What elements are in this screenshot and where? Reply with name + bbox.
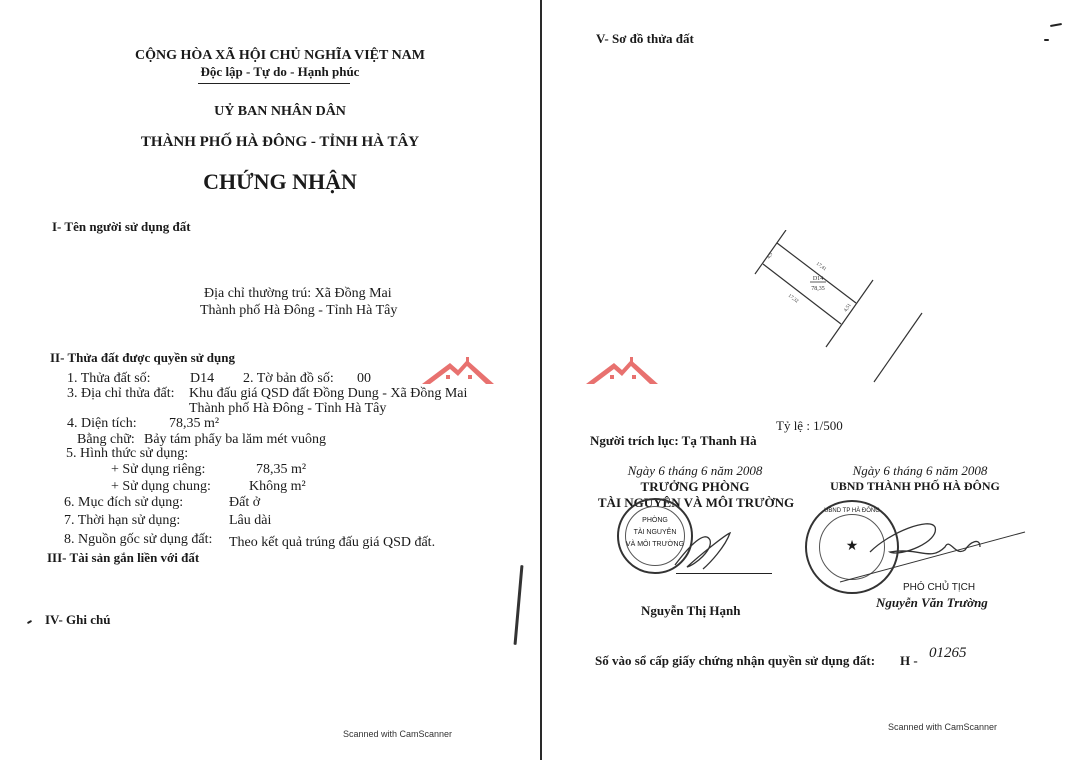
right-signature: [830, 512, 1030, 592]
extractor: Người trích lục: Tạ Thanh Hà: [590, 433, 757, 449]
camscanner-footer-left: Scanned with CamScanner: [343, 729, 452, 739]
left-signer-date: Ngày 6 tháng 6 năm 2008: [600, 463, 790, 479]
section1-heading: I- Tên người sử dụng đất: [52, 219, 191, 235]
city-heading: THÀNH PHỐ HÀ ĐÔNG - TỈNH HÀ TÂY: [120, 134, 440, 151]
left-signer-title: TRƯỞNG PHÒNG: [600, 479, 790, 495]
page-divider: [540, 0, 542, 760]
map-sheet-value: 00: [357, 371, 371, 387]
registry-prefix: H -: [900, 653, 918, 669]
motto: Độc lập - Tự do - Hạnh phúc: [120, 64, 440, 80]
private-use-label: + Sử dụng riêng:: [111, 462, 205, 478]
motto-underline: [198, 83, 350, 84]
shared-use-label: + Sử dụng chung:: [111, 479, 211, 495]
right-signer-role: PHÓ CHỦ TỊCH: [903, 582, 975, 593]
left-signature-line: [676, 573, 772, 574]
left-signer-name: Nguyễn Thị Hạnh: [641, 603, 740, 619]
term-label: 7. Thời hạn sử dụng:: [64, 513, 180, 529]
plot-diagram: D14 78,35 17,41 17,32 4,5 4,51: [740, 230, 940, 390]
document-title: CHỨNG NHẬN: [120, 169, 440, 195]
parcel-address-city: Thành phố Hà Đông - Tỉnh Hà Tây: [189, 401, 386, 417]
right-signer-date: Ngày 6 tháng 6 năm 2008: [815, 463, 1025, 479]
camscanner-footer-right: Scanned with CamScanner: [888, 722, 997, 732]
country-header: CỘNG HÒA XÃ HỘI CHỦ NGHĨA VIỆT NAM: [120, 48, 440, 64]
registry-label: Số vào sổ cấp giấy chứng nhận quyền sử d…: [595, 653, 875, 669]
edge-bottom: 17,32: [787, 294, 799, 305]
section5-heading: V- Sơ đồ thửa đất: [596, 31, 694, 47]
section4-heading: IV- Ghi chú: [45, 612, 111, 628]
parcel-no-label: 1. Thửa đất số:: [67, 371, 151, 387]
edge-top: 17,41: [815, 262, 827, 273]
permanent-address-city: Thành phố Hà Đông - Tỉnh Hà Tây: [200, 303, 397, 319]
scale: Tỷ lệ : 1/500: [776, 418, 843, 434]
committee-heading: UỶ BAN NHÂN DÂN: [120, 104, 440, 120]
section2-heading: II- Thửa đất được quyền sử dụng: [50, 350, 235, 366]
left-signer-department: TÀI NGUYÊN VÀ MÔI TRƯỜNG: [596, 495, 796, 511]
ink-mark: [1050, 23, 1062, 27]
map-sheet-label: 2. Tờ bản đồ số:: [243, 371, 334, 387]
area-label: 4. Diện tích:: [67, 416, 137, 432]
house-roof-icon: [420, 357, 496, 385]
section3-heading: III- Tài sản gắn liền với đất: [47, 550, 199, 566]
shared-use-value: Không m²: [249, 479, 306, 495]
origin-value: Theo kết quả trúng đấu giá QSD đất.: [229, 535, 435, 551]
edge-left: 4,5: [767, 252, 775, 260]
parcel-label: D14: [813, 276, 823, 282]
parcel-address-value: Khu đấu giá QSD đất Đồng Dung - Xã Đồng …: [189, 386, 467, 402]
parcel-area: 78,35: [811, 286, 825, 292]
purpose-value: Đất ở: [229, 495, 260, 511]
area-value: 78,35 m²: [169, 416, 219, 432]
pen-stroke: [514, 565, 524, 645]
purpose-label: 6. Mục đích sử dụng:: [64, 495, 183, 511]
permanent-address: Địa chỉ thường trú: Xã Đồng Mai: [204, 286, 392, 302]
private-use-value: 78,35 m²: [256, 462, 306, 478]
left-signature: [665, 525, 745, 575]
right-signer-name: Nguyễn Văn Trường: [876, 595, 988, 611]
term-value: Lâu dài: [229, 513, 271, 529]
right-signer-office: UBND THÀNH PHỐ HÀ ĐÔNG: [800, 479, 1030, 494]
parcel-address-label: 3. Địa chỉ thửa đất:: [67, 386, 175, 402]
house-roof-icon: [584, 357, 660, 385]
usage-form-label: 5. Hình thức sử dụng:: [66, 446, 188, 462]
ink-mark: [1044, 39, 1049, 41]
origin-label: 8. Nguồn gốc sử dụng đất:: [64, 532, 212, 548]
ink-mark: [27, 620, 32, 624]
parcel-no-value: D14: [190, 371, 214, 387]
registry-number: 01265: [929, 645, 967, 662]
